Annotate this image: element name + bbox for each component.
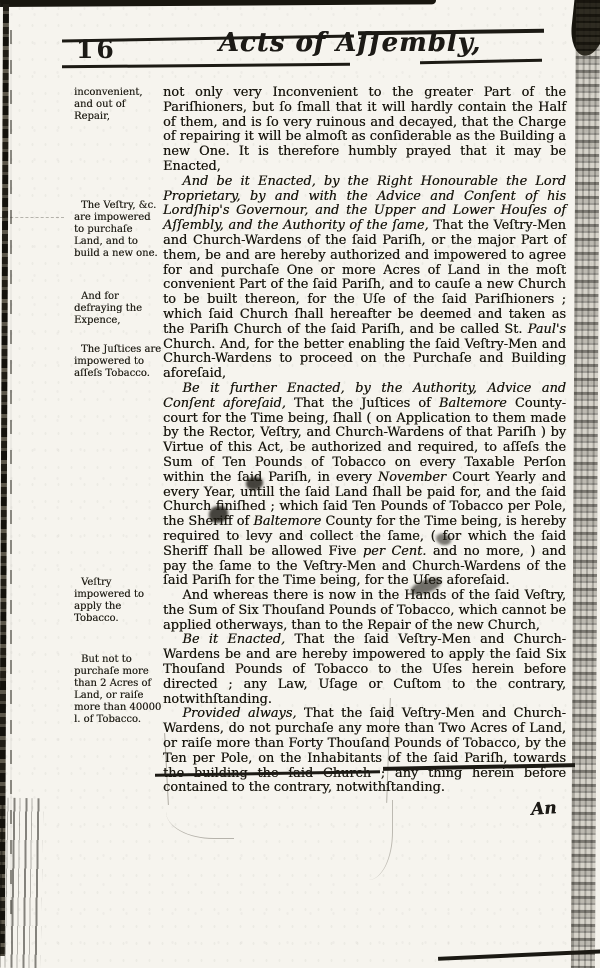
text-segment: not only very Inconvenient to the greate… bbox=[163, 85, 566, 174]
text-segment: Church. And, for the better enabling the… bbox=[163, 337, 566, 382]
page-edge-texture bbox=[571, 0, 600, 968]
paragraph: Be it Enacted, That the ſaid Veſtry-Men … bbox=[163, 633, 566, 707]
paper-crease bbox=[166, 800, 234, 839]
running-header-title: Acts of Aſſembly, bbox=[180, 28, 520, 58]
paragraph: not only very Inconvenient to the greate… bbox=[163, 86, 566, 175]
margin-note: Veſtry impowered to apply the Tobacco. bbox=[74, 577, 163, 625]
binding-gutter-shadow bbox=[0, 4, 9, 956]
margin-note: The Veſtry, &c. are impowered to purchaſ… bbox=[74, 200, 163, 260]
page-corner-fold-line bbox=[438, 949, 600, 961]
text-segment: That the Juſtices of bbox=[294, 396, 439, 411]
header-rule-bottom-right bbox=[420, 59, 542, 64]
text-segment: Be it Enacted, bbox=[182, 632, 294, 647]
catchword: An bbox=[530, 798, 557, 820]
margin-note: And for defraying the Expence, bbox=[74, 291, 163, 327]
scan-bottom-left-streaks bbox=[0, 798, 43, 968]
text-segment: Provided always, bbox=[182, 706, 304, 721]
paragraph: And whereas there is now in the Hands of… bbox=[163, 589, 566, 633]
paragraph: And be it Enacted, by the Right Honourab… bbox=[163, 175, 566, 382]
binding-gutter-shadow-2 bbox=[10, 30, 12, 930]
margin-note: The Juſtices are impowered to aſſeſs Tob… bbox=[74, 344, 163, 380]
margin-note: inconvenient, and out of Repair, bbox=[74, 87, 163, 123]
paragraph: Be it further Enacted, by the Authority,… bbox=[163, 382, 566, 589]
text-segment: November bbox=[378, 470, 446, 485]
page-number: 16 bbox=[76, 35, 117, 64]
scan-top-edge-shadow bbox=[0, 0, 436, 7]
scanned-document-page: 16 Acts of Aſſembly, inconvenient, and o… bbox=[0, 0, 600, 968]
text-segment: per Cent. bbox=[363, 544, 427, 559]
text-segment: And whereas there is now in the Hands of… bbox=[163, 588, 566, 633]
text-segment: Paul's bbox=[528, 322, 566, 337]
paragraph: Provided always, That the ſaid Veſtry-Me… bbox=[163, 707, 566, 796]
paper-crease-mark bbox=[0, 217, 64, 218]
act-body-text: not only very Inconvenient to the greate… bbox=[163, 86, 566, 796]
paper-crease bbox=[352, 800, 393, 880]
text-segment: That the Veſtry-Men and Church-Wardens o… bbox=[163, 218, 566, 337]
scan-corner-shadow bbox=[569, 0, 600, 58]
text-segment: Baltemore bbox=[439, 396, 507, 411]
margin-note: But not to purchaſe more than 2 Acres of… bbox=[74, 654, 163, 726]
text-segment: Baltemore bbox=[253, 514, 321, 529]
